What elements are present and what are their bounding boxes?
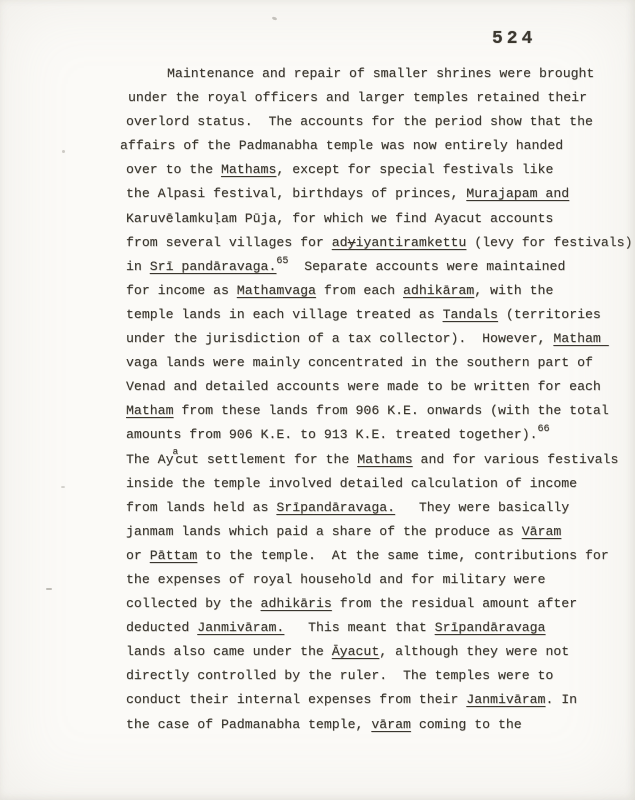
underlined-term: Mathams <box>221 162 276 177</box>
text-line: The Ayacut settlement for the Mathams an… <box>126 448 632 472</box>
text-segment: for income as <box>126 283 237 298</box>
scanned-document-page: 524 Maintenance and repair of smaller sh… <box>0 0 635 800</box>
text-segment: (levy for festivals) <box>466 235 632 250</box>
text-segment: from lands held as <box>126 500 276 515</box>
text-line: Karuvēlamkuḷam Pūja, for which we find A… <box>126 207 632 231</box>
text-line: or Pāttam to the temple. At the same tim… <box>126 544 632 568</box>
underlined-term: Mathams <box>357 452 412 467</box>
text-segment: directly controlled by the ruler. The te… <box>126 668 553 683</box>
text-line: inside the temple involved detailed calc… <box>126 472 632 496</box>
underlined-term: Āyacut <box>332 644 379 659</box>
text-segment: janmam lands which paid a share of the p… <box>126 524 522 539</box>
scan-speck <box>62 150 65 153</box>
underlined-term: Tandals <box>443 307 498 322</box>
text-segment: to the temple. At the same time, contrib… <box>197 548 609 563</box>
text-segment: amounts from 906 K.E. to 913 K.E. treate… <box>126 427 538 442</box>
text-segment: inside the temple involved detailed calc… <box>126 476 577 491</box>
underlined-term: Srīpandāravaga <box>435 620 546 635</box>
text-segment: from several villages for <box>126 235 332 250</box>
text-line: Venad and detailed accounts were made to… <box>126 375 632 399</box>
text-line: affairs of the Padmanabha temple was now… <box>120 134 632 158</box>
text-segment: under the jurisdiction of a tax collecto… <box>126 331 553 346</box>
footnote-ref: 65 <box>276 256 288 267</box>
text-segment: the Alpasi festival, birthdays of prince… <box>126 186 466 201</box>
text-segment: Separate accounts were maintained <box>288 259 565 274</box>
text-segment: in <box>126 259 150 274</box>
text-segment: (territories <box>498 307 601 322</box>
underlined-term: Vāram <box>522 524 562 539</box>
underlined-term: Matham <box>553 331 608 346</box>
text-line: over to the Mathams, except for special … <box>126 158 632 182</box>
text-line: Matham from these lands from 906 K.E. on… <box>126 399 632 423</box>
text-line: Maintenance and repair of smaller shrine… <box>126 62 632 86</box>
text-line: for income as Mathamvaga from each adhik… <box>126 279 632 303</box>
underlined-term: Mathamvaga <box>237 283 316 298</box>
underlined-term: Srī pandāravaga. <box>150 259 277 274</box>
text-line: in Srī pandāravaga.65 Separate accounts … <box>126 255 632 279</box>
scan-speck <box>46 588 52 590</box>
underlined-term: Pāttam <box>150 548 197 563</box>
underlined-term: Matham <box>126 403 173 418</box>
underlined-term: iyantiramkettu <box>356 235 467 250</box>
document-text: Maintenance and repair of smaller shrine… <box>126 62 632 737</box>
text-segment: . In <box>545 692 577 707</box>
underlined-term: adhikāram <box>403 283 474 298</box>
text-segment: The Ay <box>126 452 173 467</box>
underlined-term: y <box>348 235 356 250</box>
text-segment: under the royal officers and larger temp… <box>128 90 587 105</box>
text-segment: from these lands from 906 K.E. onwards (… <box>173 403 608 418</box>
text-segment: Karuvēlamkuḷam Pūja, for which we find A… <box>126 211 553 226</box>
scan-speck <box>272 16 278 21</box>
text-line: amounts from 906 K.E. to 913 K.E. treate… <box>126 423 632 447</box>
text-segment: lands also came under the <box>126 644 332 659</box>
scan-speck <box>61 486 65 488</box>
text-line: lands also came under the Āyacut, althou… <box>126 640 632 664</box>
text-segment: overlord status. The accounts for the pe… <box>126 114 593 129</box>
text-segment: the expenses of royal household and for … <box>126 572 545 587</box>
page-number: 524 <box>492 29 536 49</box>
text-segment: Venad and detailed accounts were made to… <box>126 379 601 394</box>
text-segment: from each <box>316 283 403 298</box>
text-line: overlord status. The accounts for the pe… <box>126 110 632 134</box>
text-line: the case of Padmanabha temple, vāram com… <box>126 713 632 737</box>
underlined-term: adhikāris <box>261 596 332 611</box>
text-segment: the case of Padmanabha temple, <box>126 717 371 732</box>
text-line: janmam lands which paid a share of the p… <box>126 520 632 544</box>
text-segment: , although they were not <box>379 644 569 659</box>
text-line: deducted Janmivāram. This meant that Srī… <box>126 616 632 640</box>
text-line: directly controlled by the ruler. The te… <box>126 664 632 688</box>
text-segment: , except for special festivals like <box>276 162 553 177</box>
text-line: vaga lands were mainly concentrated in t… <box>126 351 632 375</box>
underlined-term: Janmivāram. <box>197 620 284 635</box>
text-segment: cut settlement for the <box>175 452 357 467</box>
underlined-term: Srīpandāravaga. <box>276 500 395 515</box>
text-segment: over to the <box>126 162 221 177</box>
text-line: the Alpasi festival, birthdays of prince… <box>126 182 632 206</box>
text-segment: vaga lands were mainly concentrated in t… <box>126 355 593 370</box>
text-line: temple lands in each village treated as … <box>126 303 632 327</box>
text-line: conduct their internal expenses from the… <box>126 688 632 712</box>
footnote-ref: 66 <box>538 424 550 435</box>
text-line: from lands held as Srīpandāravaga. They … <box>126 496 632 520</box>
text-segment: deducted <box>126 620 197 635</box>
text-segment: temple lands in each village treated as <box>126 307 443 322</box>
text-segment: or <box>126 548 150 563</box>
text-segment: affairs of the Padmanabha temple was now… <box>120 138 563 153</box>
text-line: from several villages for adyiyantiramke… <box>126 231 632 255</box>
underlined-term: Murajapam and <box>466 186 569 201</box>
text-segment: conduct their internal expenses from the… <box>126 692 466 707</box>
text-segment: from the residual amount after <box>332 596 577 611</box>
text-line: the expenses of royal household and for … <box>126 568 632 592</box>
text-segment: Maintenance and repair of smaller shrine… <box>167 66 594 81</box>
underlined-term: vāram <box>371 717 411 732</box>
text-segment: coming to the <box>411 717 522 732</box>
text-line: under the royal officers and larger temp… <box>128 86 632 110</box>
text-segment: a <box>172 446 178 457</box>
text-segment: This meant that <box>284 620 434 635</box>
text-segment: and for various festivals <box>413 452 619 467</box>
text-segment: collected by the <box>126 596 261 611</box>
text-line: under the jurisdiction of a tax collecto… <box>126 327 632 351</box>
text-segment: , with the <box>474 283 553 298</box>
underlined-term: Janmivāram <box>466 692 545 707</box>
text-segment: They were basically <box>395 500 569 515</box>
underlined-term: ad <box>332 235 348 250</box>
text-line: collected by the adhikāris from the resi… <box>126 592 632 616</box>
